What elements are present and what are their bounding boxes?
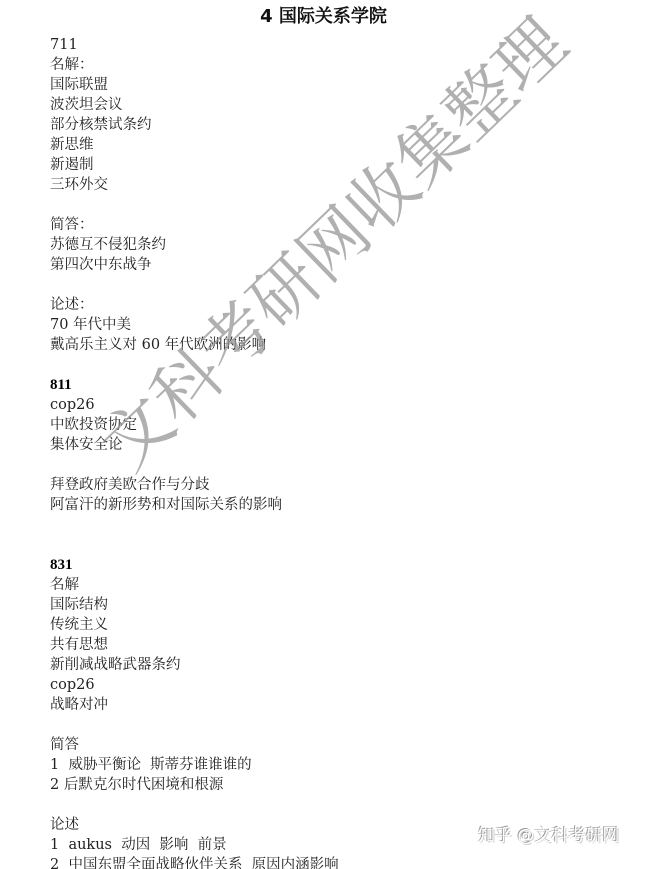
- spacer: [50, 275, 339, 295]
- list-item: 苏德互不侵犯条约: [50, 235, 339, 255]
- list-item: 拜登政府美欧合作与分歧: [50, 475, 339, 495]
- group-heading: 论述：: [50, 295, 339, 315]
- list-item: 传统主义: [50, 615, 339, 635]
- list-item: 阿富汗的新形势和对国际关系的影响: [50, 495, 339, 515]
- spacer: [50, 195, 339, 215]
- list-item: 新削减战略武器条约: [50, 655, 339, 675]
- group-heading: 名解：: [50, 55, 339, 75]
- group-heading: 名解: [50, 575, 339, 595]
- list-item: cop26: [50, 675, 339, 695]
- list-item: 戴高乐主义对 60 年代欧洲的影响: [50, 335, 339, 355]
- list-item: 部分核禁试条约: [50, 115, 339, 135]
- section-code-811: 811: [50, 375, 339, 395]
- list-item: 2 中国东盟全面战略伙伴关系 原因内涵影响: [50, 855, 339, 869]
- document-body: 711 名解： 国际联盟 波茨坦会议 部分核禁试条约 新思维 新遏制 三环外交 …: [50, 35, 339, 869]
- list-item: 新思维: [50, 135, 339, 155]
- group-heading: 简答：: [50, 215, 339, 235]
- page-title: 4 国际关系学院: [0, 4, 647, 30]
- spacer: [50, 455, 339, 475]
- section-code-831: 831: [50, 555, 339, 575]
- list-item: 三环外交: [50, 175, 339, 195]
- list-item: 国际结构: [50, 595, 339, 615]
- list-item: 共有思想: [50, 635, 339, 655]
- list-item: 波茨坦会议: [50, 95, 339, 115]
- list-item: 中欧投资协定: [50, 415, 339, 435]
- spacer: [50, 715, 339, 735]
- group-heading: 简答: [50, 735, 339, 755]
- spacer: [50, 355, 339, 375]
- list-item: 1 威胁平衡论 斯蒂芬谁谁谁的: [50, 755, 339, 775]
- list-item: 战略对冲: [50, 695, 339, 715]
- list-item: 集体安全论: [50, 435, 339, 455]
- list-item: 新遏制: [50, 155, 339, 175]
- spacer: [50, 515, 339, 535]
- spacer: [50, 795, 339, 815]
- list-item: cop26: [50, 395, 339, 415]
- zhihu-watermark: 知乎 @文科考研网: [478, 826, 619, 846]
- list-item: 第四次中东战争: [50, 255, 339, 275]
- section-code-711: 711: [50, 35, 339, 55]
- list-item: 国际联盟: [50, 75, 339, 95]
- group-heading: 论述: [50, 815, 339, 835]
- list-item: 2 后默克尔时代困境和根源: [50, 775, 339, 795]
- list-item: 70 年代中美: [50, 315, 339, 335]
- list-item: 1 aukus 动因 影响 前景: [50, 835, 339, 855]
- spacer: [50, 535, 339, 555]
